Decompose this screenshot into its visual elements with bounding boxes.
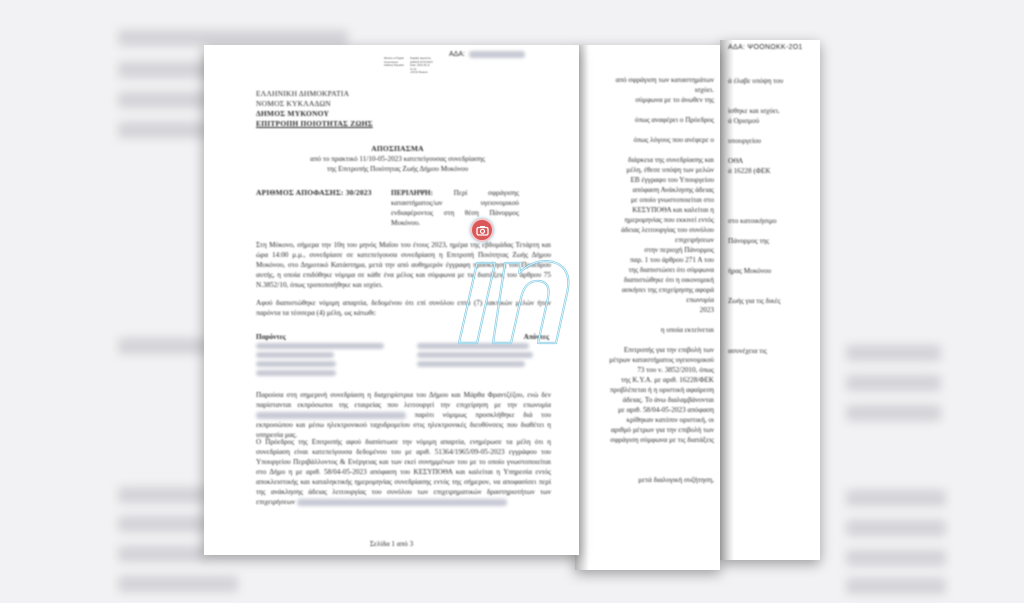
signature-value: +03:00 Reason: [410, 71, 433, 75]
page-number-footer: Σελίδα 1 από 3: [204, 539, 579, 549]
text-line: η οποία εκτείνεται: [577, 325, 714, 335]
text-line: κρίθηκαν κατόπιν οριστική, οι: [577, 415, 714, 425]
paragraph-chairman: Ο Πρόεδρος της Επιτροπής αφού διαπίστωσε…: [256, 437, 551, 507]
page-2-text: από σφράγιση των καταστημάτωνισχύει.σύμφ…: [577, 75, 714, 485]
text-line: [577, 125, 714, 135]
camera-icon: [470, 218, 494, 242]
decision-number: ΑΡΙΘΜΟΣ ΑΠΟΦΑΣΗΣ: 30/2023: [256, 188, 372, 198]
text-line: [728, 126, 816, 136]
redacted-company-name: [297, 499, 507, 506]
text-line: [728, 336, 816, 346]
redacted-name: [417, 361, 525, 367]
ada-field: ΑΔΑ:: [449, 51, 525, 58]
redacted-name: [417, 343, 529, 349]
text-line: Ζωής για τις δικές: [728, 296, 816, 306]
text-line: με οποίο γνωστοποιείται στο: [577, 195, 714, 205]
ada-label: ΑΔΑ:: [449, 51, 465, 58]
text-line: [577, 105, 714, 115]
text-line: με αριθ. 58/04-05-2023 απόφαση: [577, 405, 714, 415]
document-page-2: από σφράγιση των καταστημάτωνισχύει.σύμφ…: [575, 45, 720, 570]
text-line: [728, 326, 816, 336]
text-line: [728, 196, 816, 206]
page-3-text: ά έλαβε υπόψη του ίσθηκε και ισχύει.ά Ορ…: [728, 76, 816, 356]
text-line: όπως λόγους που ανέφερε ο: [577, 135, 714, 145]
text-line: [728, 246, 816, 256]
text-line: αριθμό μέτρων για την επιβολή των: [577, 425, 714, 435]
present-members-label: Παρόντες: [256, 332, 286, 342]
text-line: [577, 465, 714, 475]
text-line: [728, 146, 816, 156]
subject-summary: ΠΕΡΙΛΗΨΗ: Περί σφράγισης καταστήματος/ων…: [391, 188, 519, 228]
subject-label: ΠΕΡΙΛΗΨΗ:: [391, 189, 433, 197]
redacted-name: [256, 343, 384, 349]
text-line: [728, 86, 816, 96]
text-line: 73 του ν. 3852/2010, όπως: [577, 365, 714, 375]
text-line: απόφαση Ανάκλησης άδειας: [577, 185, 714, 195]
text-line: [728, 256, 816, 266]
text-line: [728, 306, 816, 316]
text-line: Πάνορμος της: [728, 236, 816, 246]
text-line: ΕΒ έγγραφο του Υπουργείου: [577, 175, 714, 185]
camera-glyph-icon: [476, 225, 489, 236]
text-line: ά έλαβε υπόψη του: [728, 76, 816, 86]
text-line: προβλέπεται ή η οριστική αφαίρεση: [577, 385, 714, 395]
text-line: από σφράγιση των καταστημάτων: [577, 75, 714, 85]
redacted-name: [256, 361, 336, 367]
text-line: [577, 315, 714, 325]
text-line: σφράγιση σύμφωνα με τις διατάξεις: [577, 435, 714, 445]
document-page-1: ΑΔΑ: Ministry of Digital Governance Hell…: [204, 45, 579, 555]
text-line: ΚΕΣΥΠΟΘΑ και καλείται η: [577, 205, 714, 215]
redacted-name: [256, 352, 334, 358]
digital-signature-stamp: Ministry of Digital Governance Hellenic …: [384, 57, 433, 75]
text-line: παρ. 1 του άρθρου 271 Α του: [577, 255, 714, 265]
text-line: [577, 445, 714, 455]
text-line: [728, 96, 816, 106]
text-line: επωνυμία: [577, 295, 714, 305]
text-line: όπως αναφέρει ο Πρόεδρος: [577, 115, 714, 125]
redacted-company-name: [256, 412, 406, 419]
issuer-committee: ΕΠΙΤΡΟΠΗ ΠΟΙΟΤΗΤΑΣ ΖΩΗΣ: [256, 119, 373, 129]
redacted-ada-code: [469, 51, 525, 58]
document-title: ΑΠΟΣΠΑΣΜΑ: [244, 144, 551, 154]
document-subtitle: από το πρακτικό 11/10-05-2023 κατεπείγου…: [244, 154, 551, 164]
text-line: [728, 286, 816, 296]
text-line: διαπιστώθηκε ότι η οικονομική: [577, 275, 714, 285]
redacted-name: [417, 352, 533, 358]
text-line: [728, 206, 816, 216]
text-line: ασυνέχεια τις: [728, 346, 816, 356]
text-line: στην περιοχή Πάνορμος: [577, 245, 714, 255]
text-line: μετά διαλογική συζήτηση,: [577, 475, 714, 485]
signature-label: Hellenic Republic: [384, 64, 404, 68]
text-line: άδειας λειτουργίας του συνόλου: [577, 225, 714, 235]
ada-code: ΑΔΑ: ΨΟΟΝΩΚΚ-2Ο1: [728, 44, 803, 51]
text-line: υπουργείου: [728, 136, 816, 146]
text-line: ισχύει.: [577, 85, 714, 95]
paragraph-text: Παρούσα στη σημερινή συνεδρίαση η διαχει…: [256, 391, 551, 409]
text-line: ήρας Μυκόνου: [728, 266, 816, 276]
text-line: [577, 455, 714, 465]
text-line: ΟΘΑ: [728, 156, 816, 166]
text-line: [728, 186, 816, 196]
text-line: μέτρων καταστήματος υγειονομικού: [577, 355, 714, 365]
present-members-list-redacted: [256, 343, 384, 376]
issuer-country: ΕΛΛΗΝΙΚΗ ΔΗΜΟΚΡΑΤΙΑ: [256, 89, 373, 99]
text-line: ημερομηνίας που εκκινεί εντός: [577, 215, 714, 225]
document-page-3: ΑΔΑ: ΨΟΟΝΩΚΚ-2Ο1 ά έλαβε υπόψη του ίσθηκ…: [720, 40, 820, 560]
text-line: [728, 276, 816, 286]
document-subtitle: της Επιτροπής Ποιότητας Ζωής Δήμου Μυκόν…: [244, 164, 551, 174]
text-line: στο κατοικήσιμο: [728, 216, 816, 226]
absent-members-list-redacted: [417, 343, 533, 367]
text-line: σύμφωνα με το άνωθεν της: [577, 95, 714, 105]
text-line: ασκήσει της επιχείρησης αφορά: [577, 285, 714, 295]
text-line: Επιτροπής για την επιβολή των: [577, 345, 714, 355]
text-line: της Κ.Υ.Α. με αριθ. 16228/ΦΕΚ: [577, 375, 714, 385]
text-line: επιχειρήσεων: [577, 235, 714, 245]
text-line: [728, 226, 816, 236]
issuer-prefecture: ΝΟΜΟΣ ΚΥΚΛΑΔΩΝ: [256, 99, 373, 109]
text-line: [728, 176, 816, 186]
text-line: 2023: [577, 305, 714, 315]
text-line: ά 16228 (ΦΕΚ: [728, 166, 816, 176]
text-line: ίσθηκε και ισχύει.: [728, 106, 816, 116]
text-line: [577, 145, 714, 155]
issuer-block: ΕΛΛΗΝΙΚΗ ΔΗΜΟΚΡΑΤΙΑ ΝΟΜΟΣ ΚΥΚΛΑΔΩΝ ΔΗΜΟΣ…: [256, 89, 373, 129]
text-line: [577, 335, 714, 345]
text-line: ά Ορισμού: [728, 116, 816, 126]
text-line: [728, 316, 816, 326]
paragraph-session-intro: Στη Μύκονο, σήμερα την 10η του μηνός Μαΐ…: [256, 240, 551, 290]
document-title-block: ΑΠΟΣΠΑΣΜΑ από το πρακτικό 11/10-05-2023 …: [244, 144, 551, 174]
redacted-name: [256, 370, 336, 376]
absent-members-label: Απόντες: [417, 332, 549, 342]
text-line: άδειας. Το άνω διαλαμβάνονται: [577, 395, 714, 405]
paragraph-quorum: Αφού διαπιστώθηκε νόμιμη απαρτία, δεδομέ…: [256, 298, 551, 318]
text-line: μέλη, έθεσε υπόψη των μελών: [577, 165, 714, 175]
text-line: διάρκεια της συνεδρίασης και: [577, 155, 714, 165]
text-line: της διαπιστώσει ότι σύμφωνα: [577, 265, 714, 275]
paragraph-text: Ο Πρόεδρος της Επιτροπής αφού διαπίστωσε…: [256, 438, 551, 506]
issuer-municipality: ΔΗΜΟΣ ΜΥΚΟΝΟΥ: [256, 109, 373, 119]
paragraph-attendance: Παρούσα στη σημερινή συνεδρίαση η διαχει…: [256, 390, 551, 440]
